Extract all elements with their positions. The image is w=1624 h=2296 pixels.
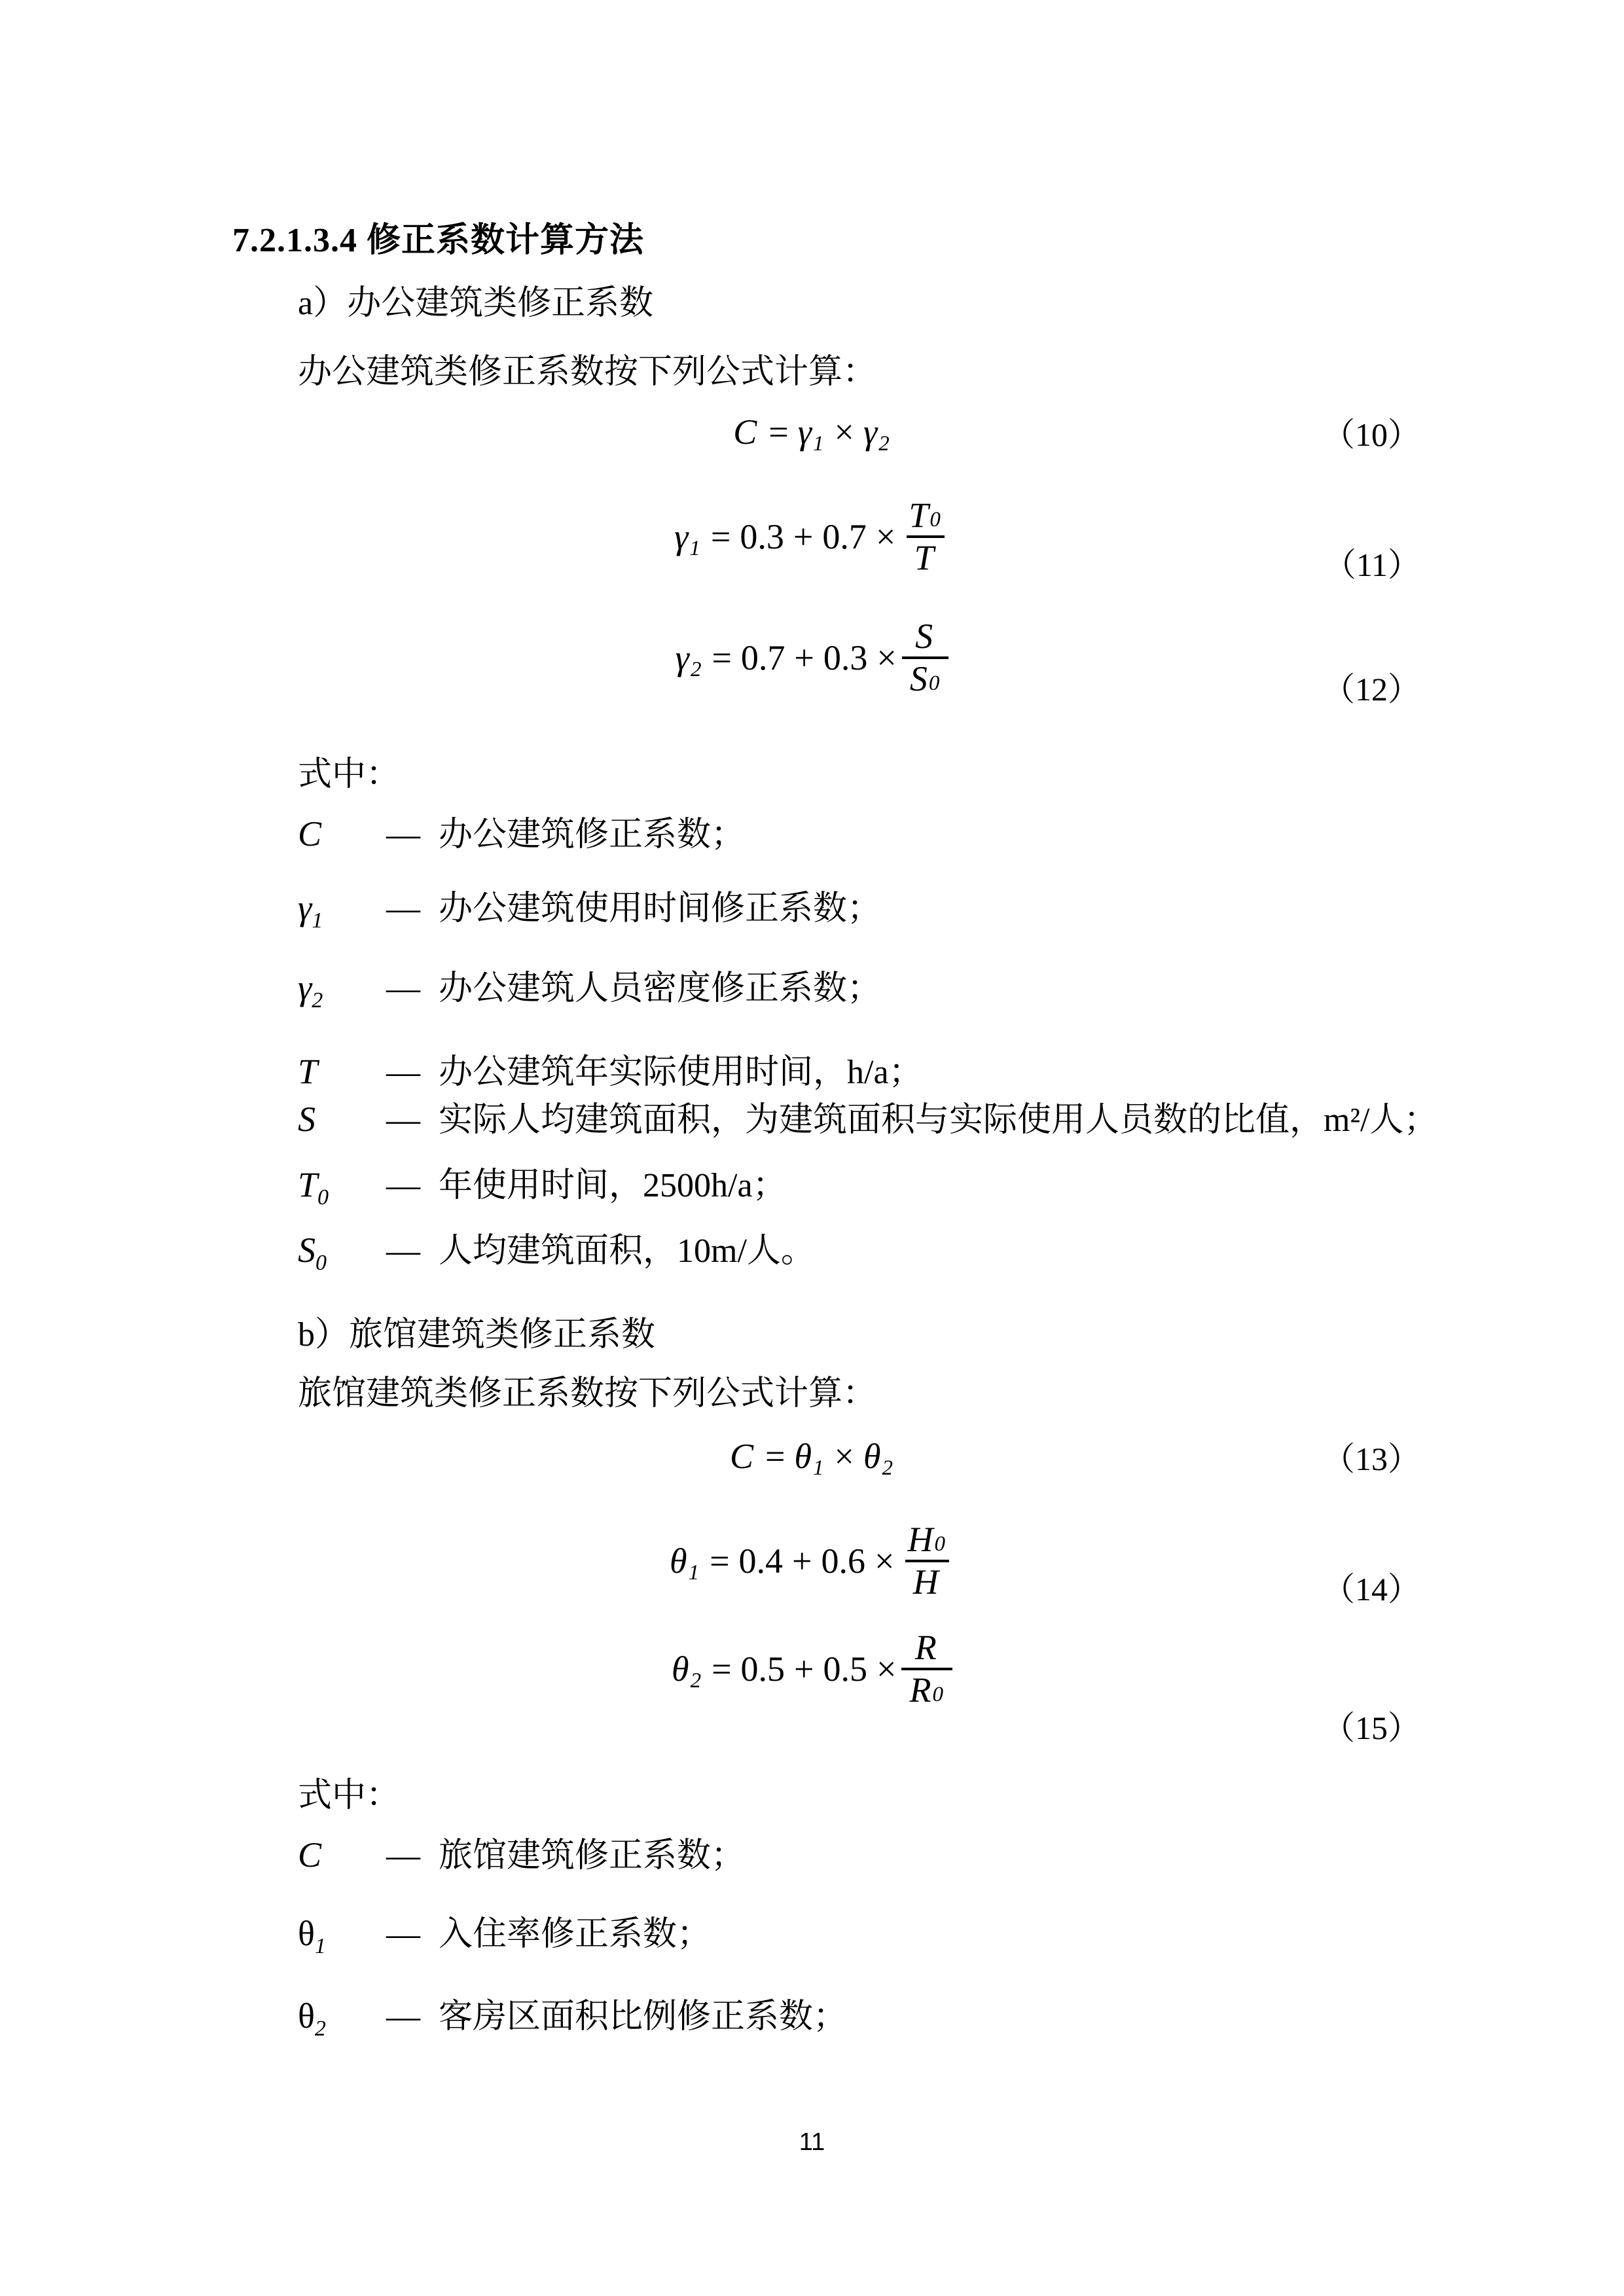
term-description: 年使用时间，2500h/a； xyxy=(439,1157,787,1206)
equation-13-formula: C = θ1 × θ2 xyxy=(730,1436,894,1477)
term-symbol: T0 xyxy=(298,1164,386,1210)
math-op: + xyxy=(794,1649,814,1689)
term-dash: — xyxy=(386,1166,439,1205)
math-op: = xyxy=(712,637,731,678)
term-description: 入住率修正系数； xyxy=(439,1906,711,1955)
math-sub: 2 xyxy=(878,432,890,456)
term-description: 办公建筑人员密度修正系数； xyxy=(439,960,881,1009)
equation-13: C = θ1 × θ2 （13） xyxy=(0,1427,1624,1486)
fraction: R R0 xyxy=(901,1628,952,1710)
term-symbol: γ2 xyxy=(298,967,386,1013)
hotel-intro-text: 旅馆建筑类修正系数按下列公式计算： xyxy=(298,1365,876,1414)
term-symbol: C xyxy=(298,814,386,859)
term-dash: — xyxy=(386,816,439,854)
math-var: θ xyxy=(794,1436,812,1477)
equation-12: γ2 = 0.7 + 0.3 × S S0 （12） xyxy=(0,605,1624,710)
equation-number: （10） xyxy=(1322,408,1420,456)
list-item-b-label: b）旅馆建筑类修正系数 xyxy=(298,1306,655,1355)
math-const: 0.5 xyxy=(741,1649,785,1689)
equation-14-formula: θ1 = 0.4 + 0.6 × H0 H xyxy=(670,1520,954,1602)
office-intro-text: 办公建筑类修正系数按下列公式计算： xyxy=(298,344,876,393)
term-symbol: S xyxy=(298,1099,386,1145)
equation-12-formula: γ2 = 0.7 + 0.3 × S S0 xyxy=(676,617,949,698)
math-sub: 1 xyxy=(813,432,824,456)
math-sub: 0 xyxy=(934,1533,945,1556)
math-op: × xyxy=(835,1436,854,1477)
math-const: 0.3 xyxy=(823,637,868,678)
math-var: H xyxy=(907,1521,933,1558)
equation-11: γ1 = 0.3 + 0.7 × T0 T （11） xyxy=(0,488,1624,586)
equation-number: （12） xyxy=(1322,663,1420,710)
math-op: × xyxy=(876,637,896,678)
math-var: R xyxy=(909,1672,931,1709)
equation-number: （11） xyxy=(1324,539,1420,586)
math-op: = xyxy=(712,1649,731,1689)
term-dash: — xyxy=(386,889,439,928)
term-row: S — 实际人均建筑面积，为建筑面积与实际使用人员数的比值，m²/人； xyxy=(298,1092,1438,1145)
math-const: 0.5 xyxy=(823,1649,868,1689)
term-dash: — xyxy=(386,1232,439,1270)
math-op: = xyxy=(711,516,731,557)
math-var: C xyxy=(733,412,757,452)
math-var: θ xyxy=(670,1541,687,1581)
page-number: 11 xyxy=(0,2128,1624,2157)
section-heading: 7.2.1.3.4 修正系数计算方法 xyxy=(232,212,644,261)
math-var: γ xyxy=(798,412,812,452)
math-var: T xyxy=(914,539,934,577)
term-description: 旅馆建筑修正系数； xyxy=(439,1827,745,1876)
math-op: × xyxy=(835,412,854,452)
term-dash: — xyxy=(386,1101,439,1139)
math-sub: 2 xyxy=(691,658,702,682)
term-row: C — 旅馆建筑修正系数； xyxy=(298,1827,745,1880)
math-op: = xyxy=(710,1541,729,1581)
math-var: R xyxy=(915,1629,937,1666)
equation-15: θ2 = 0.5 + 0.5 × R R0 （15） xyxy=(0,1617,1624,1721)
math-const: 0.3 xyxy=(740,516,784,557)
equation-number: （14） xyxy=(1322,1563,1420,1610)
math-const: 0.4 xyxy=(739,1541,784,1581)
term-row: T0 — 年使用时间，2500h/a； xyxy=(298,1157,787,1210)
math-op: + xyxy=(792,1541,812,1581)
math-sub: 1 xyxy=(689,537,700,561)
term-symbol: S0 xyxy=(298,1230,386,1276)
math-op: × xyxy=(876,1649,896,1689)
list-item-a-label: a）办公建筑类修正系数 xyxy=(298,275,653,324)
term-description: 客房区面积比例修正系数； xyxy=(439,1988,847,2037)
math-op: = xyxy=(768,412,788,452)
math-var: γ xyxy=(676,637,689,678)
math-const: 0.6 xyxy=(821,1541,866,1581)
math-sub: 2 xyxy=(691,1669,702,1693)
term-description: 办公建筑年实际使用时间，h/a； xyxy=(439,1044,923,1093)
term-description: 实际人均建筑面积，为建筑面积与实际使用人员数的比值，m²/人； xyxy=(439,1092,1438,1141)
math-sub: 0 xyxy=(929,509,941,531)
term-row: C — 办公建筑修正系数； xyxy=(298,806,745,859)
equation-14: θ1 = 0.4 + 0.6 × H0 H （14） xyxy=(0,1512,1624,1610)
term-row: θ2 — 客房区面积比例修正系数； xyxy=(298,1988,847,2041)
fraction: T0 T xyxy=(901,495,950,577)
term-row: θ1 — 入住率修正系数； xyxy=(298,1906,711,1959)
math-op: × xyxy=(875,1541,894,1581)
fraction: S S0 xyxy=(902,617,949,698)
math-sub: 2 xyxy=(882,1456,893,1480)
math-const: 0.7 xyxy=(822,516,867,557)
where-label: 式中： xyxy=(298,1767,400,1816)
math-op: + xyxy=(793,516,813,557)
math-var: γ xyxy=(674,516,688,557)
math-var: S xyxy=(915,618,933,655)
math-var: γ xyxy=(863,412,877,452)
math-op: = xyxy=(765,1436,785,1477)
term-symbol: C xyxy=(298,1835,386,1880)
equation-number: （15） xyxy=(1322,1702,1420,1749)
math-op: × xyxy=(876,516,895,557)
where-label: 式中： xyxy=(298,746,400,795)
term-row: S0 — 人均建筑面积，10m/人。 xyxy=(298,1223,815,1276)
term-dash: — xyxy=(386,1837,439,1875)
math-op: + xyxy=(794,637,814,678)
math-sub: 0 xyxy=(929,672,940,695)
equation-10: C = γ1 × γ2 （10） xyxy=(0,403,1624,461)
fraction: H0 H xyxy=(899,1520,954,1602)
math-var: θ xyxy=(672,1649,689,1689)
term-row: T — 办公建筑年实际使用时间，h/a； xyxy=(298,1044,923,1097)
math-const: 0.7 xyxy=(741,637,785,678)
equation-11-formula: γ1 = 0.3 + 0.7 × T0 T xyxy=(674,495,950,577)
math-var: T xyxy=(909,497,928,534)
math-var: θ xyxy=(863,1436,881,1477)
math-sub: 1 xyxy=(689,1561,700,1585)
math-var: C xyxy=(730,1436,753,1477)
term-symbol: θ1 xyxy=(298,1913,386,1959)
term-symbol: γ1 xyxy=(298,888,386,933)
math-sub: 0 xyxy=(932,1683,943,1706)
equation-10-formula: C = γ1 × γ2 xyxy=(733,412,891,452)
term-row: γ1 — 办公建筑使用时间修正系数； xyxy=(298,880,881,933)
term-symbol: T xyxy=(298,1051,386,1097)
term-dash: — xyxy=(386,969,439,1008)
math-var: H xyxy=(913,1564,939,1601)
term-row: γ2 — 办公建筑人员密度修正系数； xyxy=(298,960,881,1013)
term-dash: — xyxy=(386,1998,439,2036)
term-description: 办公建筑使用时间修正系数； xyxy=(439,880,881,929)
math-var: S xyxy=(910,660,928,698)
term-description: 人均建筑面积，10m/人。 xyxy=(439,1223,815,1272)
term-symbol: θ2 xyxy=(298,1996,386,2041)
document-page: 7.2.1.3.4 修正系数计算方法 a）办公建筑类修正系数 办公建筑类修正系数… xyxy=(0,0,1624,2296)
equation-15-formula: θ2 = 0.5 + 0.5 × R R0 xyxy=(672,1628,952,1710)
term-dash: — xyxy=(386,1053,439,1092)
equation-number: （13） xyxy=(1322,1433,1420,1480)
math-sub: 1 xyxy=(813,1456,824,1480)
term-dash: — xyxy=(386,1915,439,1954)
term-description: 办公建筑修正系数； xyxy=(439,806,745,855)
